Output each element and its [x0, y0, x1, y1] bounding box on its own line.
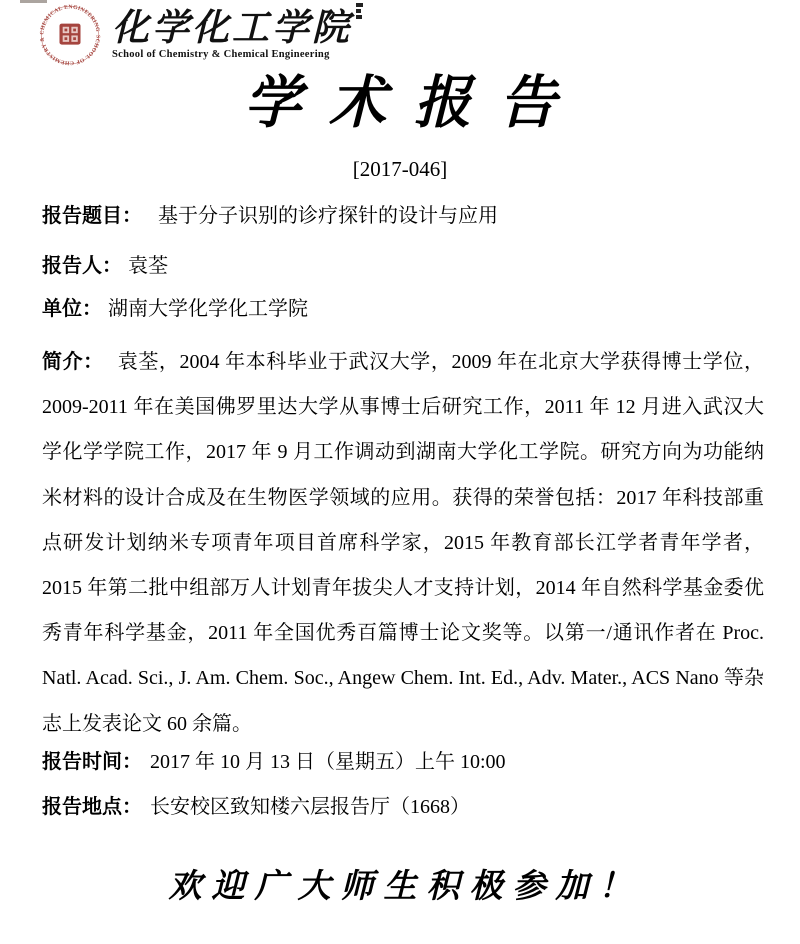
header: SCHOOL OF CHEMISTRY & CHEMICAL ENGINEERI…	[36, 3, 363, 67]
affiliation-value: 湖南大学化学化工学院	[108, 298, 308, 320]
field-place: 报告地点：长安校区致知楼六层报告厅（1668）	[42, 790, 470, 819]
bio-label: 简介：	[42, 351, 104, 373]
announcement-page: SCHOOL OF CHEMISTRY & CHEMICAL ENGINEERI…	[0, 0, 800, 944]
place-label: 报告地点：	[42, 796, 142, 818]
school-name-cn: 化学化工学院	[112, 5, 352, 49]
field-affiliation: 单位：湖南大学化学化工学院	[42, 292, 308, 321]
announcement-serial: [2017-046]	[0, 157, 800, 182]
speaker-label: 报告人：	[42, 255, 122, 277]
affiliation-label: 单位：	[42, 298, 102, 320]
school-name-block: 化学化工学院 School of Chemistry & Chemical En…	[112, 3, 363, 60]
time-label: 报告时间：	[42, 751, 142, 773]
school-name-en: School of Chemistry & Chemical Engineeri…	[112, 49, 363, 60]
field-time: 报告时间：2017 年 10 月 13 日（星期五）上午 10:00	[42, 745, 506, 774]
time-value: 2017 年 10 月 13 日（星期五）上午 10:00	[150, 751, 506, 773]
topic-value: 基于分子识别的诊疗探针的设计与应用	[158, 205, 498, 227]
speaker-bio-paragraph: 简介：袁荃，2004 年本科毕业于武汉大学，2009 年在北京大学获得博士学位，…	[42, 340, 764, 747]
field-topic: 报告题目：基于分子识别的诊疗探针的设计与应用	[42, 199, 498, 228]
speaker-value: 袁荃	[128, 255, 168, 277]
bio-text: 袁荃，2004 年本科毕业于武汉大学，2009 年在北京大学获得博士学位，200…	[42, 351, 764, 735]
topic-label: 报告题目：	[42, 205, 142, 227]
page-title: 学术报告	[0, 70, 800, 136]
place-value: 长安校区致知楼六层报告厅（1668）	[150, 796, 470, 818]
field-speaker: 报告人：袁荃	[42, 249, 168, 278]
welcome-slogan: 欢迎广大师生积极参加！	[0, 860, 800, 907]
school-seal-icon: SCHOOL OF CHEMISTRY & CHEMICAL ENGINEERI…	[36, 3, 104, 67]
calligrapher-signature-mark	[356, 1, 363, 21]
